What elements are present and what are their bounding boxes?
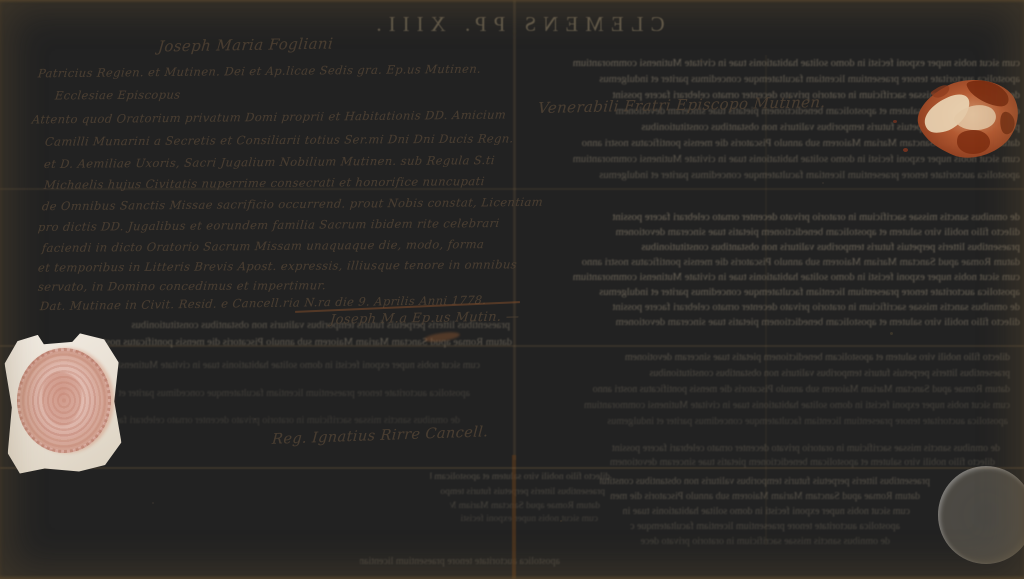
- bleed-through-line: apostolica auctoritate tenore praesentiu…: [528, 170, 1020, 181]
- ink-speck: [890, 332, 893, 335]
- blind-emboss-circle: [938, 466, 1024, 564]
- bleed-through-line: praesentibus litteris perpetuis futuris …: [440, 487, 605, 497]
- bleed-through-line: apostolica auctoritate tenore praesentiu…: [542, 416, 1008, 427]
- bleed-through-line: cum sicut nobis nuper exponi fecisti in …: [60, 360, 480, 371]
- bleed-through-line: de omnibus sanctis missae sacrificium in…: [640, 536, 890, 547]
- brown-smudge-stain: [424, 331, 461, 344]
- bleed-through-line: cum sicut nobis nuper exponi fecisti in …: [525, 58, 1020, 69]
- ink-speck: [903, 148, 908, 152]
- manuscript-line: de Omnibus Sanctis Missae sacrificio occ…: [41, 195, 543, 213]
- bleed-through-heading: CLEMENS PP. XIII.: [352, 12, 682, 37]
- fold-crease: [513, 0, 516, 460]
- manuscript-line: pro dictis DD. Jugalibus et eorundem fam…: [37, 216, 500, 234]
- bleed-through-line: datum Romae apud Sanctam Mariam Maiorem …: [610, 491, 920, 502]
- bleed-through-line: apostolica auctoritate tenore praesentiu…: [524, 287, 1020, 298]
- fold-crease: [0, 467, 1024, 469]
- bleed-through-line: dilecto filio nobili viro salutem et apo…: [524, 227, 1020, 238]
- manuscript-line: Joseph M.a Ep.us Mutin. —: [329, 309, 520, 327]
- bleed-through-line: dilecto filio nobili viro salutem et apo…: [540, 352, 1010, 363]
- manuscript-line: et temporibus in Litteris Brevis Apost. …: [37, 257, 517, 274]
- ink-speck: [645, 247, 647, 249]
- document-top-edge: [0, 0, 1024, 3]
- bleed-through-line: dilecto filio nobili viro salutem et apo…: [526, 317, 1020, 328]
- fold-crease: [765, 55, 767, 545]
- manuscript-line: Attento quod Oratorium privatum Domi pro…: [31, 108, 507, 127]
- chancellor-signature: Reg. Ignatius Rirre Cancell.: [272, 424, 489, 448]
- address-line: Venerabili Fratri Episcopo Mutinen.: [537, 93, 826, 117]
- manuscript-line: Michaelis hujus Civitatis nuperrime cons…: [43, 174, 485, 192]
- bleed-through-line: cum sicut nobis nuper exponi fecisti in …: [620, 506, 910, 517]
- bleed-through-line: dilecto filio nobili viro salutem et apo…: [430, 472, 610, 482]
- red-wax-seal: [911, 74, 1021, 162]
- document-bottom-edge: [0, 575, 1024, 579]
- bleed-through-line: cum sicut nobis nuper exponi fecisti in …: [458, 514, 598, 524]
- bleed-through-line: cum sicut nobis nuper exponi fecisti in …: [548, 400, 1010, 411]
- manuscript-line: faciendi in dicto Oratorio Sacrum Missam…: [41, 237, 485, 255]
- ink-speck: [700, 60, 702, 62]
- ink-speck: [560, 520, 562, 522]
- manuscript-line: Camilli Munarini a Secretis et Consiliar…: [44, 131, 514, 148]
- bleed-through-line: de omnibus sanctis missae sacrificium in…: [80, 415, 460, 426]
- fold-crease: [0, 345, 1024, 347]
- bleed-through-line: praesentibus litteris perpetuis futuris …: [545, 368, 1010, 379]
- bleed-through-line: datum Romae apud Sanctam Mariam Maiorem …: [526, 257, 1020, 268]
- bleed-through-line: de omnibus sanctis missae sacrificium in…: [520, 302, 1020, 313]
- bleed-through-line: dilecto filio nobili viro salutem et apo…: [565, 457, 995, 468]
- ink-speck: [254, 418, 256, 420]
- ink-speck: [152, 502, 154, 504]
- bleed-through-line: datum Romae apud Sanctam Mariam Maiorem …: [450, 501, 600, 511]
- bleed-through-line: de omnibus sanctis missae sacrificium in…: [560, 443, 1000, 454]
- bleed-through-line: apostolica auctoritate tenore praesentiu…: [70, 388, 470, 399]
- bleed-through-line: datum Romae apud Sanctam Mariam Maiorem …: [540, 384, 1010, 395]
- bleed-through-line: apostolica auctoritate tenore praesentiu…: [360, 556, 560, 567]
- bleed-through-line: praesentibus litteris perpetuis futuris …: [520, 242, 1020, 253]
- bleed-through-line: apostolica auctoritate tenore praesentiu…: [630, 521, 900, 532]
- manuscript-line: Ecclesiae Episcopus: [54, 88, 181, 103]
- fold-crease: [512, 455, 516, 579]
- ink-speck: [822, 182, 824, 184]
- wax-seal-shape: [911, 74, 1021, 162]
- ink-speck: [893, 120, 897, 123]
- manuscript-line: servato, in Domino concedimus et imperti…: [37, 278, 327, 294]
- manuscript-line: Joseph Maria Fogliani: [157, 34, 334, 55]
- manuscript-line: et D. Aemiliae Uxoris, Sacri Jugalium No…: [43, 153, 495, 171]
- bleed-through-line: praesentibus litteris perpetuis futuris …: [600, 476, 930, 487]
- manuscript-line: Patricius Regien. et Mutinen. Dei et Ap.…: [37, 62, 482, 81]
- parchment-document: CLEMENS PP. XIII. cum sicut nobis nuper …: [0, 0, 1024, 579]
- bleed-through-line: cum sicut nobis nuper exponi fecisti in …: [520, 272, 1020, 283]
- bleed-through-line: de omnibus sanctis missae sacrificium in…: [520, 212, 1020, 223]
